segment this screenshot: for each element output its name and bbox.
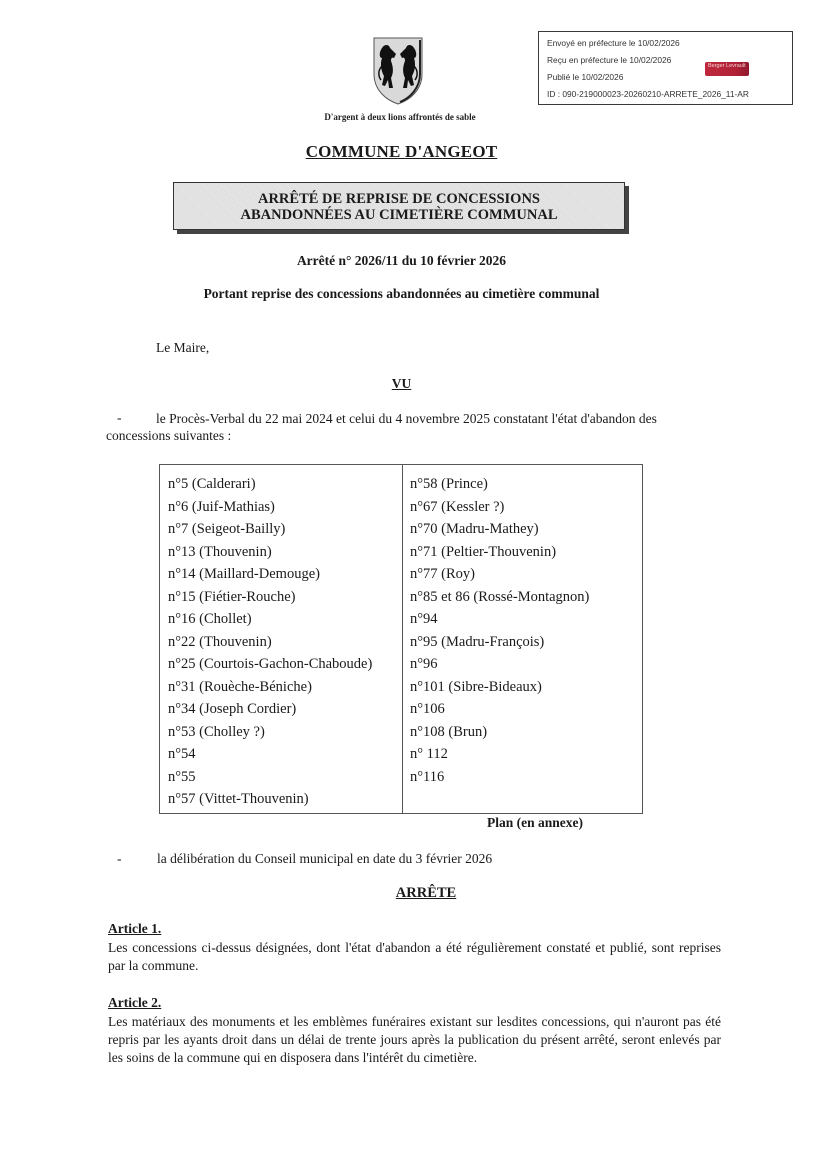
vu-item-proces-verbal: le Procès-Verbal du 22 mai 2024 et celui… bbox=[106, 410, 692, 444]
stamp-published: Publié le 10/02/2026 bbox=[547, 72, 623, 82]
concession-entry: n°15 (Fiétier-Rouche) bbox=[168, 586, 372, 609]
concession-entry: n°16 (Chollet) bbox=[168, 608, 372, 631]
concessions-left-column: n°5 (Calderari)n°6 (Juif-Mathias)n°7 (Se… bbox=[168, 473, 372, 811]
concession-entry: n°58 (Prince) bbox=[410, 473, 589, 496]
concession-entry: n°22 (Thouvenin) bbox=[168, 631, 372, 654]
concessions-table: n°5 (Calderari)n°6 (Juif-Mathias)n°7 (Se… bbox=[159, 464, 643, 814]
concession-entry: n°54 bbox=[168, 743, 372, 766]
arrete-heading: ARRÊTE bbox=[0, 885, 827, 902]
concession-entry: n°53 (Cholley ?) bbox=[168, 721, 372, 744]
concession-entry: n°13 (Thouvenin) bbox=[168, 541, 372, 564]
article-1-text: Les concessions ci-dessus désignées, don… bbox=[108, 939, 721, 975]
concession-entry: n° 112 bbox=[410, 743, 589, 766]
concession-entry: n°25 (Courtois-Gachon-Chaboude) bbox=[168, 653, 372, 676]
stamp-id: ID : 090-219000023-20260210-ARRETE_2026_… bbox=[547, 89, 749, 99]
article-1-title: Article 1. bbox=[108, 921, 161, 937]
vu-heading: VU bbox=[0, 376, 803, 392]
concession-entry: n°34 (Joseph Cordier) bbox=[168, 698, 372, 721]
concession-entry: n°55 bbox=[168, 766, 372, 789]
concession-entry: n°6 (Juif-Mathias) bbox=[168, 496, 372, 519]
concession-entry: n°95 (Madru-François) bbox=[410, 631, 589, 654]
stamp-received: Reçu en préfecture le 10/02/2026 bbox=[547, 55, 671, 65]
concession-entry: n°14 (Maillard-Demouge) bbox=[168, 563, 372, 586]
berger-levrault-logo-icon: Berger Levrault bbox=[705, 62, 749, 76]
concession-entry: n°71 (Peltier-Thouvenin) bbox=[410, 541, 589, 564]
stamp-sent: Envoyé en préfecture le 10/02/2026 bbox=[547, 38, 680, 48]
article-2-text: Les matériaux des monuments et les emblè… bbox=[108, 1013, 721, 1067]
concession-entry: n°5 (Calderari) bbox=[168, 473, 372, 496]
concessions-right-column: n°58 (Prince)n°67 (Kessler ?)n°70 (Madru… bbox=[410, 473, 589, 788]
arrete-number: Arrêté n° 2026/11 du 10 février 2026 bbox=[0, 253, 803, 269]
concession-entry: n°94 bbox=[410, 608, 589, 631]
plan-annex-note: Plan (en annexe) bbox=[487, 815, 583, 831]
concession-entry: n°70 (Madru-Mathey) bbox=[410, 518, 589, 541]
arrete-subject: Portant reprise des concessions abandonn… bbox=[0, 286, 803, 302]
concession-entry: n°106 bbox=[410, 698, 589, 721]
article-2-title: Article 2. bbox=[108, 995, 161, 1011]
vu-item-deliberation: la délibération du Conseil municipal en … bbox=[157, 851, 492, 867]
table-divider bbox=[402, 465, 403, 813]
concession-entry: n°101 (Sibre-Bideaux) bbox=[410, 676, 589, 699]
document-title-box: ARRÊTÉ DE REPRISE DE CONCESSIONS ABANDON… bbox=[173, 182, 625, 230]
commune-name: COMMUNE D'ANGEOT bbox=[0, 142, 803, 162]
concession-entry: n°31 (Rouèche-Béniche) bbox=[168, 676, 372, 699]
arms-caption: D'argent à deux lions affrontés de sable bbox=[250, 112, 550, 122]
prefecture-stamp: Envoyé en préfecture le 10/02/2026 Reçu … bbox=[538, 31, 793, 105]
title-line-2: ABANDONNÉES AU CIMETIÈRE COMMUNAL bbox=[174, 207, 624, 223]
concession-entry: n°67 (Kessler ?) bbox=[410, 496, 589, 519]
bullet-dash: - bbox=[117, 851, 122, 867]
concession-entry: n°85 et 86 (Rossé-Montagnon) bbox=[410, 586, 589, 609]
concession-entry: n°7 (Seigeot-Bailly) bbox=[168, 518, 372, 541]
concession-entry: n°77 (Roy) bbox=[410, 563, 589, 586]
title-line-1: ARRÊTÉ DE REPRISE DE CONCESSIONS bbox=[174, 191, 624, 207]
concession-entry: n°96 bbox=[410, 653, 589, 676]
concession-entry: n°108 (Brun) bbox=[410, 721, 589, 744]
concession-entry: n°116 bbox=[410, 766, 589, 789]
coat-of-arms-icon bbox=[372, 36, 424, 106]
salutation: Le Maire, bbox=[156, 340, 209, 356]
concession-entry: n°57 (Vittet-Thouvenin) bbox=[168, 788, 372, 811]
